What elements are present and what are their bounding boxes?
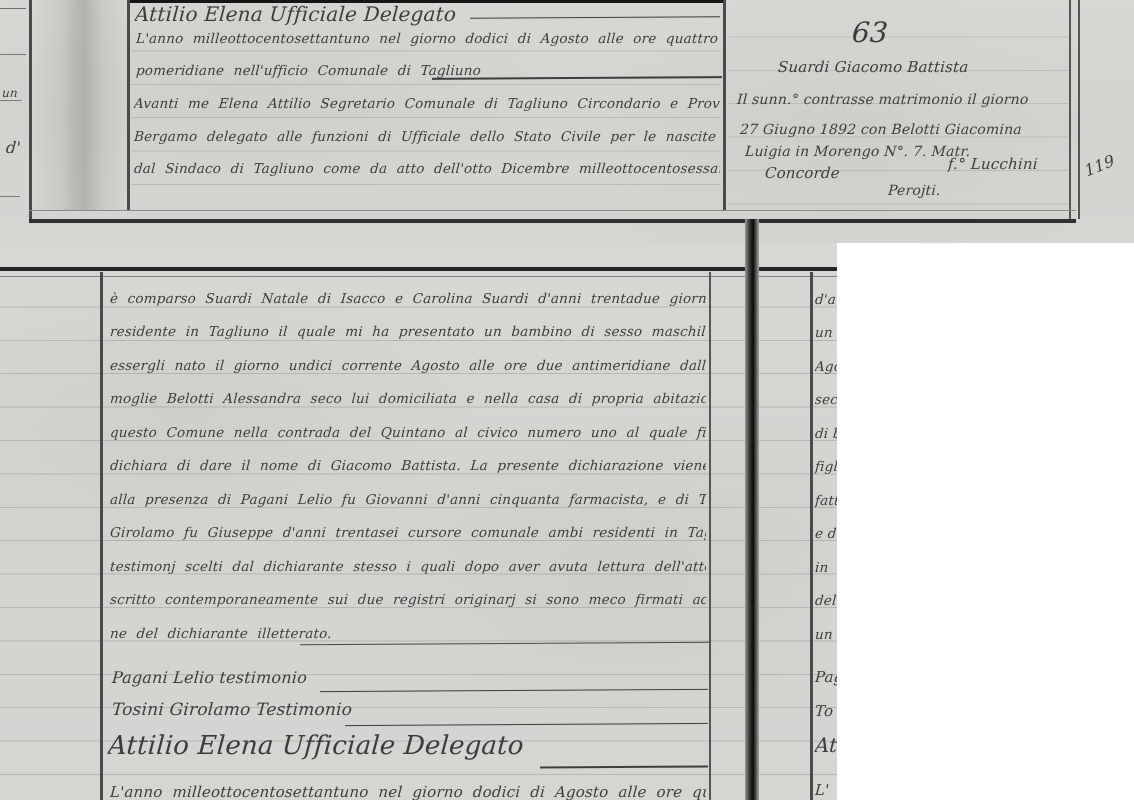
- act-line: ne del dichiarante illetterato.: [109, 626, 706, 642]
- next-page-text-fragment: d'a: [814, 292, 838, 308]
- act-line: testimonj scelti dal dichiarante stesso …: [109, 559, 706, 575]
- next-page-text-fragment: To: [814, 702, 838, 720]
- act-line: L'anno milleottocentosettantuno nel gior…: [135, 31, 720, 47]
- act-line: moglie Belotti Alessandra seco lui domic…: [109, 391, 706, 407]
- annotation-closing: Perojti.: [887, 183, 941, 199]
- book-binding-shadow: [745, 219, 759, 800]
- next-page-text-fragment: di b: [814, 426, 838, 442]
- binding-gutter-shading: [32, 0, 127, 210]
- register-scan-composite: un d' Attilio Elena Ufficiale Delegato L…: [0, 0, 1134, 800]
- next-page-text-fragment: in: [814, 560, 838, 576]
- next-page-text-fragment: e di: [814, 526, 838, 542]
- act-line: questo Comune nella contrada del Quintan…: [109, 425, 706, 441]
- next-page-text-fragment: figl: [814, 459, 838, 475]
- act-line: residente in Tagliuno il quale mi ha pre…: [109, 324, 706, 340]
- next-page-left-border: [810, 272, 813, 800]
- next-page-text-fragment: Att: [814, 733, 839, 757]
- act-line: Girolamo fu Giuseppe d'anni trentasei cu…: [109, 525, 706, 541]
- text-block-left-border: [127, 0, 130, 210]
- next-act-partial-line: L'anno milleottocentosettantuno nel gior…: [109, 783, 706, 800]
- act-line: Bergamo delegato alle funzioni di Uffici…: [133, 129, 720, 145]
- next-page-text-fragment: seco: [814, 392, 838, 408]
- act-number: 63: [851, 16, 889, 49]
- facing-page-text-fragment: d': [5, 138, 21, 157]
- act-line: è comparso Suardi Natale di Isacco e Car…: [109, 291, 706, 307]
- next-page-text-fragment: un: [814, 325, 838, 341]
- act-line: essergli nato il giorno undici corrente …: [109, 358, 706, 374]
- act-line: dal Sindaco di Tagliuno come da atto del…: [133, 161, 720, 177]
- previous-act-signature: Attilio Elena Ufficiale Delegato: [134, 2, 721, 26]
- facing-page-rule: [0, 100, 22, 101]
- text-block-right-border: [709, 272, 711, 800]
- next-page-text-fragment: un: [814, 627, 838, 643]
- act-line: scritto contemporaneamente sui due regis…: [109, 592, 706, 608]
- margin-column-border: [723, 0, 726, 210]
- next-page-text-fragment: Ago: [814, 359, 838, 375]
- page-right-border: [1069, 0, 1080, 219]
- next-page-text-fragment: Pag: [814, 668, 838, 686]
- annotation-concorde: Concorde: [764, 164, 840, 182]
- marriage-annotation-line: 27 Giugno 1892 con Belotti Giacomina: [739, 122, 1070, 138]
- next-page-text-fragment: dell: [814, 593, 838, 609]
- act-subject-name: Suardi Giacomo Battista: [777, 58, 1068, 76]
- next-page-text-fragment: fatt: [814, 493, 838, 509]
- act-line: Avanti me Elena Attilio Segretario Comun…: [133, 96, 720, 112]
- witness-signature: Pagani Lelio testimonio: [111, 668, 307, 687]
- facing-page-rule: [0, 196, 20, 197]
- official-signature: Attilio Elena Ufficiale Delegato: [107, 731, 709, 761]
- margin-column-border: [100, 272, 103, 800]
- facing-page-rule: [0, 54, 26, 55]
- act-line: dichiara di dare il nome di Giacomo Batt…: [109, 458, 706, 474]
- page-bottom-border: [29, 210, 1076, 223]
- marriage-annotation-line: Il sunn.° contrasse matrimonio il giorno: [736, 92, 1069, 108]
- page-top-border: [0, 267, 837, 271]
- facing-page-text-fragment: un: [2, 86, 19, 100]
- act-line: alla presenza di Pagani Lelio fu Giovann…: [109, 492, 706, 508]
- screenshot-cutout-blank: [837, 243, 1134, 800]
- annotation-signature: f.° Lucchini: [947, 155, 1068, 173]
- next-page-text-fragment: L': [814, 781, 838, 799]
- facing-page-rule: [0, 8, 26, 9]
- witness-signature: Tosini Girolamo Testimonio: [111, 700, 353, 720]
